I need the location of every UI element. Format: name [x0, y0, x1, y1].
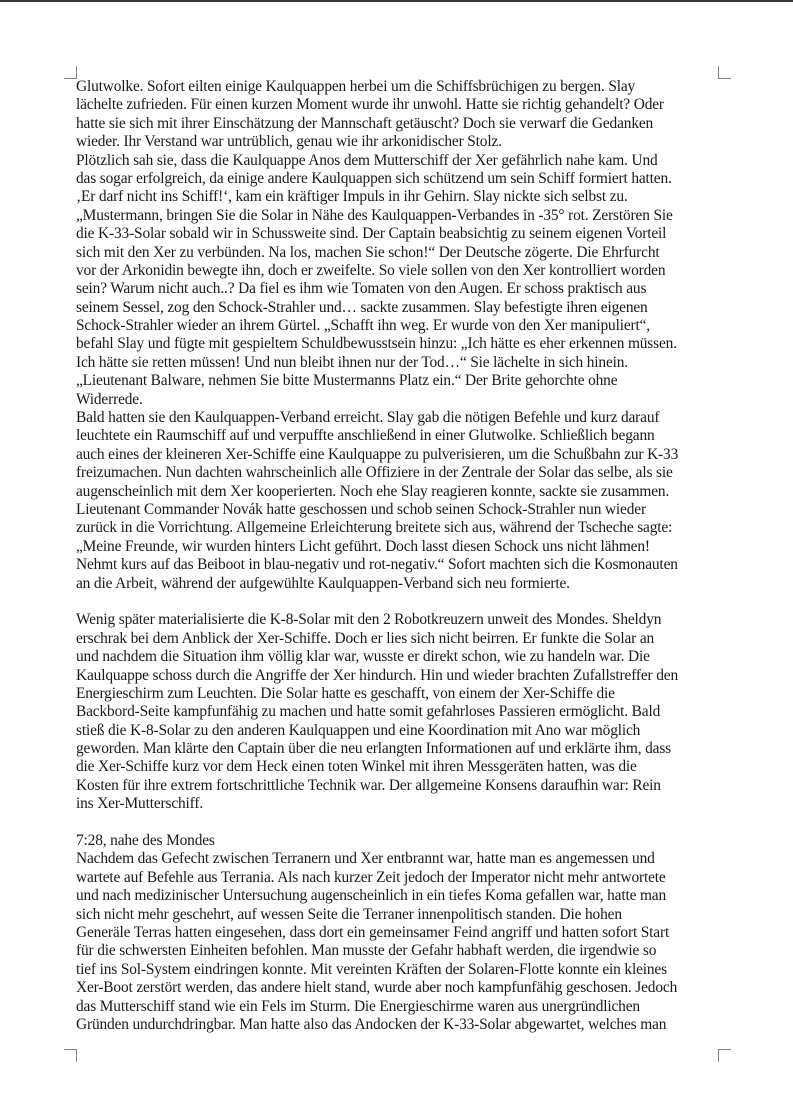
paragraph: Plötzlich sah sie, dass die Kaulquappe A…	[76, 152, 726, 409]
text-line: tief ins Sol-System eindringen konnte. M…	[76, 961, 726, 979]
text-line: leuchtete ein Raumschiff auf und verpuff…	[76, 427, 726, 445]
text-line: und nachdem die Situation ihm völlig kla…	[76, 648, 726, 666]
section-heading: 7:28, nahe des Mondes	[76, 832, 726, 850]
document-page: Glutwolke. Sofort eilten einige Kaulquap…	[0, 2, 793, 1099]
margin-corner-bottom-left	[64, 1049, 77, 1062]
text-line: wartete auf Befehle aus Terrania. Als na…	[76, 869, 726, 887]
text-line: an die Arbeit, während der aufgewühlte K…	[76, 575, 726, 593]
text-line: ‚Er darf nicht ins Schiff!‘, kam ein krä…	[76, 188, 726, 206]
empty-line	[76, 814, 726, 832]
text-line: „Meine Freunde, wir wurden hinters Licht…	[76, 538, 726, 556]
text-line: für die schwersten Einheiten befohlen. M…	[76, 942, 726, 960]
text-line: das Mutterschiff stand wie ein Fels im S…	[76, 998, 726, 1016]
text-line: geworden. Man klärte den Captain über di…	[76, 740, 726, 758]
text-line: Kaulquappe schoss durch die Angriffe der…	[76, 667, 726, 685]
text-line: stieß die K-8-Solar zu den anderen Kaulq…	[76, 722, 726, 740]
paragraph: Wenig später materialisierte die K-8-Sol…	[76, 611, 726, 813]
document-body[interactable]: Glutwolke. Sofort eilten einige Kaulquap…	[76, 78, 726, 1034]
text-line: befahl Slay und fügte mit gespieltem Sch…	[76, 335, 726, 353]
text-line: augenscheinlich mit dem Xer kooperierten…	[76, 483, 726, 501]
text-line: Nachdem das Gefecht zwischen Terranern u…	[76, 850, 726, 868]
text-line: erschrak bei dem Anblick der Xer-Schiffe…	[76, 630, 726, 648]
text-line: zurück in die Vorrichtung. Allgemeine Er…	[76, 519, 726, 537]
text-line: Wenig später materialisierte die K-8-Sol…	[76, 611, 726, 629]
text-line: „Lieutenant Balware, nehmen Sie bitte Mu…	[76, 372, 726, 390]
text-line: Ich hätte sie retten müssen! Und nun ble…	[76, 354, 726, 372]
margin-corner-bottom-right	[718, 1049, 731, 1062]
text-line: Plötzlich sah sie, dass die Kaulquappe A…	[76, 152, 726, 170]
text-line: Backbord-Seite kampfunfähig zu machen un…	[76, 703, 726, 721]
text-line: Lieutenant Commander Novák hatte geschos…	[76, 501, 726, 519]
text-line: Generäle Terras hatten eingesehen, dass …	[76, 924, 726, 942]
paragraph: Glutwolke. Sofort eilten einige Kaulquap…	[76, 78, 726, 152]
text-line: seinem Sessel, zog den Schock-Strahler u…	[76, 299, 726, 317]
text-line: ins Xer-Mutterschiff.	[76, 795, 726, 813]
text-line: auch eines der kleineren Xer-Schiffe ein…	[76, 446, 726, 464]
paragraph: Bald hatten sie den Kaulquappen-Verband …	[76, 409, 726, 593]
text-line: freizumachen. Nun dachten wahrscheinlich…	[76, 464, 726, 482]
paragraph: 7:28, nahe des Mondes Nachdem das Gefech…	[76, 832, 726, 1034]
text-line: Bald hatten sie den Kaulquappen-Verband …	[76, 409, 726, 427]
text-line: die K-33-Solar sobald wir in Schussweite…	[76, 225, 726, 243]
text-line: Widerrede.	[76, 391, 726, 409]
text-line: „Mustermann, bringen Sie die Solar in Nä…	[76, 207, 726, 225]
text-line: lächelte zufrieden. Für einen kurzen Mom…	[76, 96, 726, 114]
text-line: hatte sie sich mit ihrer Einschätzung de…	[76, 115, 726, 133]
text-line: wieder. Ihr Verstand war untrüblich, gen…	[76, 133, 726, 151]
text-line: Gründen undurchdringbar. Man hatte also …	[76, 1016, 726, 1034]
text-line: Nehmt kurs auf das Beiboot in blau-negat…	[76, 556, 726, 574]
text-line: sein? Warum nicht auch..? Da fiel es ihm…	[76, 280, 726, 298]
text-line: sich mit den Xer zu verbünden. Na los, m…	[76, 244, 726, 262]
text-line: das sogar erfolgreich, da einige andere …	[76, 170, 726, 188]
text-line: Xer-Boot zerstört werden, das andere hie…	[76, 979, 726, 997]
text-line: Schock-Strahler wieder an ihrem Gürtel. …	[76, 317, 726, 335]
text-line: Energieschirm zum Leuchten. Die Solar ha…	[76, 685, 726, 703]
text-line: Kosten für ihre extrem fortschrittliche …	[76, 777, 726, 795]
text-line: und nach medizinischer Untersuchung auge…	[76, 887, 726, 905]
text-line: die Xer-Schiffe kurz vor dem Heck einen …	[76, 758, 726, 776]
text-line: vor der Arkonidin bewegte ihn, doch er z…	[76, 262, 726, 280]
empty-line	[76, 593, 726, 611]
text-line: Glutwolke. Sofort eilten einige Kaulquap…	[76, 78, 726, 96]
text-line: sich nicht mehr geschehrt, auf wessen Se…	[76, 906, 726, 924]
